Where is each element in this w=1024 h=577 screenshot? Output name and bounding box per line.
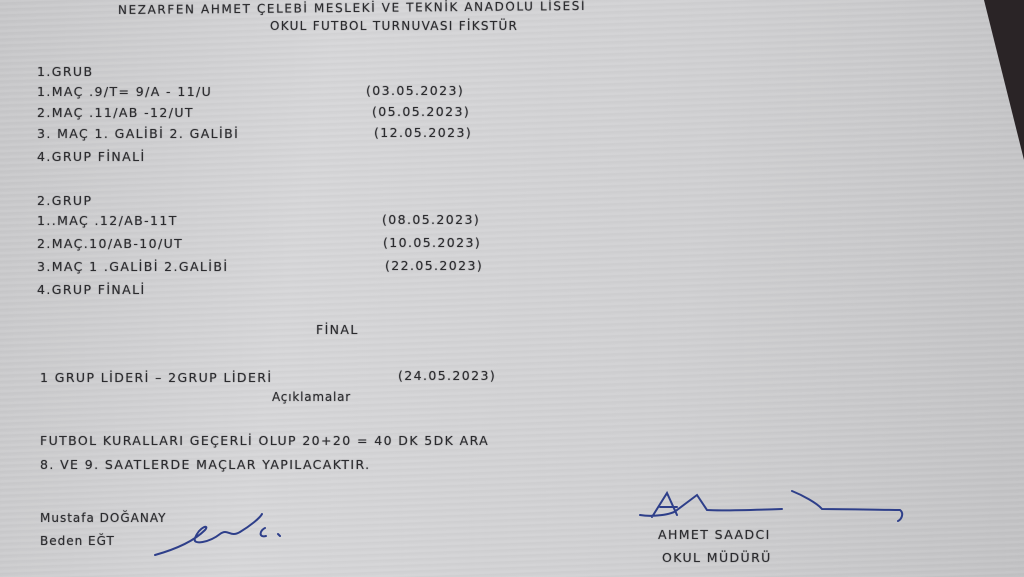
document-title: OKUL FUTBOL TURNUVASI FİKSTÜR [270, 19, 518, 33]
signer-right-role: OKUL MÜDÜRÜ [662, 550, 772, 565]
notes-line-1: FUTBOL KURALLARI GEÇERLİ OLUP 20+20 = 40… [40, 433, 489, 448]
group-2-match-1: 1..MAÇ .12/AB-11T [37, 213, 178, 228]
group-1-match-1-date: (03.05.2023) [366, 83, 464, 98]
final-date: (24.05.2023) [398, 368, 496, 383]
signer-right-name: AHMET SAADCI [658, 527, 771, 542]
final-heading: FİNAL [316, 322, 359, 337]
group-1-match-3: 3. MAÇ 1. GALİBİ 2. GALİBİ [37, 126, 239, 141]
signature-left-icon [150, 510, 290, 560]
group-2-final: 4.GRUP FİNALİ [37, 282, 146, 297]
group-2-match-1-date: (08.05.2023) [382, 212, 480, 227]
group-2-match-3-date: (22.05.2023) [385, 258, 483, 273]
signer-left-name: Mustafa DOĞANAY [40, 511, 166, 525]
group-2-match-3: 3.MAÇ 1 .GALİBİ 2.GALİBİ [37, 259, 228, 274]
signature-right-icon [632, 485, 912, 530]
group-1-match-2: 2.MAÇ .11/AB -12/UT [37, 105, 194, 120]
group-1-match-3-date: (12.05.2023) [374, 125, 472, 140]
group-1-match-1: 1.MAÇ .9/T= 9/A - 11/U [37, 84, 212, 99]
group-1-final: 4.GRUP FİNALİ [37, 149, 146, 164]
group-2-match-2: 2.MAÇ.10/AB-10/UT [37, 236, 183, 251]
notes-heading: Açıklamalar [272, 390, 351, 404]
signer-left-role: Beden EĞT [40, 534, 115, 548]
notes-line-2: 8. VE 9. SAATLERDE MAÇLAR YAPILACAKTIR. [40, 457, 371, 472]
group-2-match-2-date: (10.05.2023) [383, 235, 481, 250]
group-1-match-2-date: (05.05.2023) [372, 104, 470, 119]
final-match: 1 GRUP LİDERİ – 2GRUP LİDERİ [40, 370, 272, 385]
group-2-heading: 2.GRUP [37, 193, 92, 208]
group-1-heading: 1.GRUB [37, 64, 93, 79]
